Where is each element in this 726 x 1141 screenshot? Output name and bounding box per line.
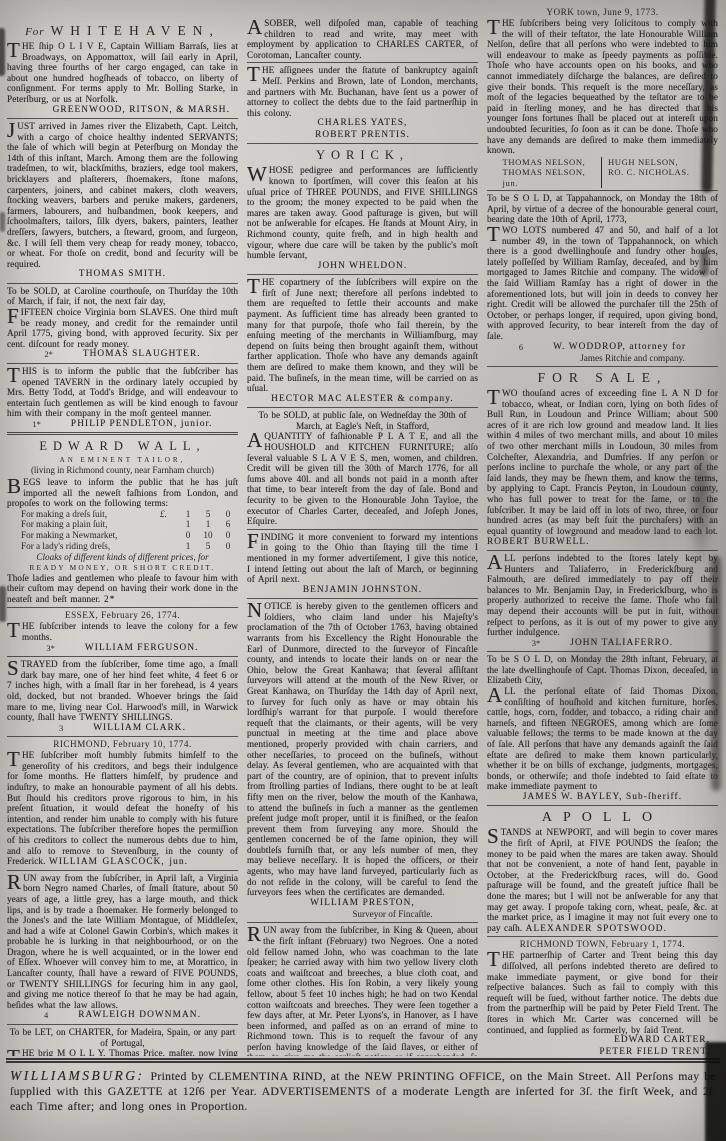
signature: CHARLES YATES, bbox=[318, 118, 408, 130]
signature-prefix: 2* bbox=[104, 595, 116, 605]
ad-heading: YORICK, bbox=[247, 146, 478, 164]
ad-glascock: RICHMOND, February 10, 1774. THE ſubſcri… bbox=[7, 736, 238, 870]
body-text: HE ſubſcriber intends to leave the colon… bbox=[22, 621, 238, 642]
body-text: UST arrived in James river the Elizabeth… bbox=[7, 121, 238, 269]
drop-cap: S bbox=[7, 659, 21, 677]
heading-title: EDWARD WALL, bbox=[39, 439, 205, 453]
ad-body: THE ſubſcriber intends to leave the colo… bbox=[7, 621, 238, 642]
drop-cap: T bbox=[7, 1048, 22, 1056]
signature-line: WILLIAM PRESTON, bbox=[247, 898, 478, 910]
ad-runaway-charles: RUN away from the ſubſcriber, in April l… bbox=[7, 870, 238, 1024]
body-text: HE partnerſhip of Carter and Trent being… bbox=[487, 950, 718, 1034]
signature-prefix: 3* bbox=[532, 638, 541, 650]
signature-prefix: 3 bbox=[59, 723, 63, 735]
signature: EDWARD CARTER, bbox=[614, 1035, 710, 1047]
price-d: 6 bbox=[218, 519, 238, 530]
price-row: For making a plain ſuit,116 bbox=[21, 519, 238, 530]
signature-line: CHARLES YATES, bbox=[247, 118, 478, 130]
ad-runaway-negroes: RUN away from the ſubſcriber, in King & … bbox=[247, 922, 478, 1056]
price-row: For making a dreſs ſuit,£.150 bbox=[21, 509, 238, 520]
price-item: For a lady's riding dreſs, bbox=[21, 541, 160, 552]
ad-sober-man: ASOBER, well diſpoſed man, capable of te… bbox=[247, 16, 478, 62]
body-text: HOSE pedigree and performances are ſuffi… bbox=[247, 165, 478, 260]
pound-sign bbox=[160, 519, 178, 530]
drop-cap: R bbox=[247, 925, 263, 943]
ad-body: ALL perſons indebted to the ſtores latel… bbox=[487, 553, 718, 638]
body-text: QUANTITY of faſhionable P L A T E, and a… bbox=[247, 431, 478, 526]
ad-lede: To be SOLD, at public ſale, on Wedneſday… bbox=[247, 410, 478, 431]
ad-eagles-nest-sale: To be SOLD, at public ſale, on Wedneſday… bbox=[247, 407, 478, 529]
signature: BENJAMIN JOHNSTON. bbox=[303, 585, 422, 597]
ad-body: WHOSE pedigree and performances are ſuff… bbox=[247, 165, 478, 260]
column-left: ForWHITEHAVEN, THE ſhip O L I V E, Capta… bbox=[7, 0, 238, 1056]
price-item: For making a Newmarket, bbox=[21, 530, 160, 541]
drop-cap: T bbox=[7, 750, 22, 768]
price-item: For making a dreſs ſuit, bbox=[21, 509, 160, 520]
heading-title: FOR SALE, bbox=[538, 370, 668, 385]
ad-lede: To be LET, on CHARTER, for Madeira, Spai… bbox=[7, 1027, 238, 1048]
ad-heading: EDWARD WALL, bbox=[7, 437, 238, 455]
ad-body: BEGS leave to inform the public that he … bbox=[7, 477, 238, 509]
columns: ForWHITEHAVEN, THE ſhip O L I V E, Capta… bbox=[0, 0, 726, 1056]
price-d: 0 bbox=[218, 509, 238, 520]
ad-yorick: YORICK, WHOSE pedigree and performances … bbox=[247, 143, 478, 274]
column-middle: ASOBER, well diſpoſed man, capable of te… bbox=[247, 0, 478, 1056]
signature-block: THOMAS NELSON, THOMAS NELSON, jun. HUGH … bbox=[503, 157, 703, 189]
signature: HUGH NELSON, bbox=[608, 157, 703, 168]
signature-line: 4RAWLEIGH DOWNMAN. bbox=[7, 1010, 238, 1022]
signature: WILLIAM PRESTON, bbox=[310, 898, 415, 910]
price-s: 5 bbox=[198, 541, 218, 552]
price-d: 0 bbox=[218, 530, 238, 541]
ad-body: STANDS at NEWPORT, and will begin to cov… bbox=[487, 827, 718, 934]
signature: PETER FIELD TRENT. bbox=[599, 1047, 710, 1056]
ad-body: TWO thouſand acres of exceeding fine L A… bbox=[487, 388, 718, 548]
ad-carter-trent: RICHMOND TOWN, February 1, 1774. THE par… bbox=[487, 936, 718, 1056]
body-text: Thoſe ladies and gentlemen who pleaſe to… bbox=[7, 573, 238, 604]
signature-line: 1*PHILIP PENDLETON, junior. bbox=[7, 419, 238, 431]
ad-dixon-estate: To be S O L D, on Monday the 28th inſtan… bbox=[487, 651, 718, 805]
ad-indented-servants: JUST arrived in James river the Elizabet… bbox=[7, 118, 238, 283]
signature-prefix: 1* bbox=[32, 419, 41, 431]
price-s: 5 bbox=[198, 509, 218, 520]
signature-line: PETER FIELD TRENT. bbox=[487, 1047, 718, 1056]
signature-line: BENJAMIN JOHNSTON. bbox=[247, 585, 478, 597]
ad-body: THE brig M O L L Y, Thomas Price, maſter… bbox=[7, 1048, 238, 1056]
body-text: WO thouſand acres of exceeding fine L A … bbox=[487, 388, 718, 536]
body-text: HIS is to inform the public that the ſub… bbox=[7, 366, 238, 418]
pound-sign bbox=[160, 530, 178, 541]
signature-line: EDWARD CARTER, bbox=[487, 1035, 718, 1047]
signature: GREENWOOD, RITSON, & MARSH. bbox=[53, 105, 230, 117]
ad-tappahannock-lots: To be S O L D, at Tappahannock, on Monda… bbox=[487, 190, 718, 366]
ad-body: THE ſhip O L I V E, Captain William Barr… bbox=[7, 41, 238, 105]
ad-subheading: AN EMINENT TAILOR, bbox=[7, 456, 238, 464]
body-text: TANDS at NEWPORT, and will begin to cove… bbox=[487, 827, 718, 932]
signature: RAWLEIGH DOWNMAN. bbox=[78, 1010, 201, 1022]
signature: WILLIAM FERGUSON. bbox=[85, 643, 199, 655]
signature-line: 3*JOHN TALIAFERRO. bbox=[487, 638, 718, 650]
signature: WILLIAM GLASCOCK, jun. bbox=[49, 857, 188, 867]
ad-body: ASOBER, well diſpoſed man, capable of te… bbox=[247, 18, 478, 60]
ad-body: THIS is to inform the public that the ſu… bbox=[7, 366, 238, 419]
cloaks-note: Cloaks of different kinds of different p… bbox=[7, 552, 238, 563]
drop-cap: A bbox=[247, 18, 264, 36]
ad-heading: APOLLO bbox=[487, 808, 718, 826]
body-text: SOBER, well diſpoſed man, capable of tea… bbox=[247, 18, 478, 60]
body-text: HE ſubſcribers being very ſolicitous to … bbox=[487, 18, 718, 155]
ad-copartnery: THE copartnery of the ſubſcribers will e… bbox=[247, 274, 478, 407]
ad-edward-wall: EDWARD WALL, AN EMINENT TAILOR, (living … bbox=[7, 432, 238, 607]
ad-body: THE aſſignees under the ſtatute of bankr… bbox=[247, 65, 478, 118]
drop-cap: T bbox=[247, 277, 262, 295]
body-text: OTICE is hereby given to the gentlemen o… bbox=[247, 601, 478, 897]
drop-cap: T bbox=[7, 621, 22, 639]
ad-body: TWO LOTS numbered 47 and 50, and half of… bbox=[487, 225, 718, 342]
signature-line: JAMES W. BAYLEY, Sub-ſheriff. bbox=[487, 792, 718, 804]
price-l: 1 bbox=[178, 541, 198, 552]
ad-strayed-mare: STRAYED from the ſubſcriber, ſome time a… bbox=[7, 656, 238, 736]
ad-body: THE copartnery of the ſubſcribers will e… bbox=[247, 277, 478, 394]
ad-johnston-ohio: FINDING it more convenient to forward my… bbox=[247, 529, 478, 598]
drop-cap: T bbox=[7, 366, 22, 384]
body-text: HE ſubſcriber moſt humbly ſubmits himſel… bbox=[7, 750, 238, 866]
body-text: UN away from the ſubſcriber, in King & Q… bbox=[247, 925, 478, 1056]
price-s: 10 bbox=[198, 530, 218, 541]
signature: THOMAS SMITH. bbox=[79, 269, 166, 281]
ad-body: AQUANTITY of faſhionable P L A T E, and … bbox=[247, 431, 478, 526]
drop-cap: T bbox=[247, 65, 262, 83]
drop-cap: J bbox=[7, 121, 17, 139]
drop-cap: F bbox=[7, 307, 21, 325]
ad-lede: To be SOLD, at Caroline courthouſe, on T… bbox=[7, 286, 238, 307]
body-text: LL the perſonal eſtate of ſaid Thomas Di… bbox=[487, 686, 718, 791]
signature: JOHN TALIAFERRO. bbox=[570, 638, 673, 650]
drop-cap: T bbox=[487, 18, 502, 36]
signature-prefix: 3* bbox=[46, 643, 55, 655]
signature-column-right: HUGH NELSON, RO. C. NICHOLAS. bbox=[602, 157, 703, 189]
price-l: 1 bbox=[178, 519, 198, 530]
heading-prefix: For bbox=[25, 26, 45, 38]
drop-cap: T bbox=[487, 388, 502, 406]
price-row: For making a Newmarket,0100 bbox=[21, 530, 238, 541]
ad-heading: ForWHITEHAVEN, bbox=[7, 22, 238, 40]
signature: JAMES W. BAYLEY, Sub-ſheriff. bbox=[523, 792, 682, 804]
ad-body: FINDING it more convenient to forward my… bbox=[247, 532, 478, 585]
ad-fincastle-survey: NOTICE is hereby given to the gentlemen … bbox=[247, 598, 478, 922]
signature-line: ROBERT PRENTIS. bbox=[247, 130, 478, 142]
ad-slaves-caroline: To be SOLD, at Caroline courthouſe, on T… bbox=[7, 283, 238, 363]
signature-prefix: 2* bbox=[44, 349, 53, 361]
body-text: HE aſſignees under the ſtatute of bankru… bbox=[247, 65, 478, 117]
drop-cap: S bbox=[487, 827, 501, 845]
newspaper-page: ForWHITEHAVEN, THE ſhip O L I V E, Capta… bbox=[0, 0, 726, 1141]
colophon: WILLIAMSBURG:Printed by CLEMENTINA RIND,… bbox=[6, 1058, 720, 1114]
signature: ALEXANDER SPOTSWOOD. bbox=[526, 924, 667, 934]
drop-cap: T bbox=[487, 950, 502, 968]
ad-body: RUN away from the ſubſcriber, in King & … bbox=[247, 925, 478, 1056]
ad-brig-molly: To be LET, on CHARTER, for Madeira, Spai… bbox=[7, 1024, 238, 1056]
terms-note: READY MONEY, OR SHORT CREDIT. bbox=[7, 563, 238, 573]
drop-cap: A bbox=[247, 431, 264, 449]
heading-title: YORICK, bbox=[316, 148, 409, 162]
body-text: TRAYED from the ſubſcriber, ſome time ag… bbox=[7, 659, 238, 722]
ad-lede: To be S O L D, at Tappahannock, on Monda… bbox=[487, 193, 718, 225]
body-text: HE brig M O L L Y, Thomas Price, maſter,… bbox=[7, 1048, 238, 1056]
body-text: INDING it more convenient to forward my … bbox=[247, 532, 478, 584]
signature-line: 3WILLIAM CLARK. bbox=[7, 723, 238, 735]
signature: WILLIAM CLARK. bbox=[93, 723, 186, 735]
signature: JOHN WHELDON. bbox=[318, 261, 408, 273]
body-text: IFTEEN choice Virginia born SLAVES. One … bbox=[7, 307, 238, 349]
heading-title: WHITEHAVEN, bbox=[51, 23, 220, 38]
ad-body-2: Thoſe ladies and gentlemen who pleaſe to… bbox=[7, 573, 238, 606]
ad-lede: To be S O L D, on Monday the 28th inſtan… bbox=[487, 654, 718, 686]
ad-body: NOTICE is hereby given to the gentlemen … bbox=[247, 601, 478, 898]
signature: ROBERT PRENTIS. bbox=[315, 130, 410, 142]
signature-role: James Ritchie and company. bbox=[487, 353, 718, 364]
signature-line: GREENWOOD, RITSON, & MARSH. bbox=[7, 105, 238, 117]
price-row: For a lady's riding dreſs,150 bbox=[21, 541, 238, 552]
drop-cap: T bbox=[7, 41, 22, 59]
price-s: 1 bbox=[198, 519, 218, 530]
dateline: RICHMOND, February 10, 1774. bbox=[7, 739, 238, 750]
price-l: 1 bbox=[178, 509, 198, 520]
drop-cap: W bbox=[247, 165, 269, 183]
signature: HECTOR MAC ALESTER & company. bbox=[271, 394, 454, 406]
body-text: HE copartnery of the ſubſcribers will ex… bbox=[247, 277, 478, 393]
price-item: For making a plain ſuit, bbox=[21, 519, 160, 530]
drop-cap: T bbox=[487, 225, 502, 243]
signature-line: THOMAS SMITH. bbox=[7, 269, 238, 281]
signature-prefix: 6 bbox=[519, 342, 523, 354]
dateline: YORK town, June 9, 1773. bbox=[487, 7, 718, 18]
ad-body: RUN away from the ſubſcriber, in April l… bbox=[7, 873, 238, 1011]
ad-bankruptcy: THE aſſignees under the ſtatute of bankr… bbox=[247, 62, 478, 143]
body-text: WO LOTS numbered 47 and 50, and half of … bbox=[487, 225, 718, 341]
signature: RO. C. NICHOLAS. bbox=[608, 167, 703, 178]
body-text: UN away from the ſubſcriber, in April la… bbox=[7, 873, 238, 1010]
drop-cap: R bbox=[7, 873, 23, 891]
ad-ferguson: ESSEX, February 26, 1774. THE ſubſcriber… bbox=[7, 607, 238, 656]
signature: PHILIP PENDLETON, junior. bbox=[71, 419, 213, 431]
signature: ROBERT BURWELL. bbox=[487, 537, 590, 547]
ad-body: STRAYED from the ſubſcriber, ſome time a… bbox=[7, 659, 238, 723]
column-right: YORK town, June 9, 1773. THE ſubſcribers… bbox=[487, 0, 718, 1056]
heading-title: APOLLO bbox=[542, 810, 663, 825]
ad-whitehaven: ForWHITEHAVEN, THE ſhip O L I V E, Capta… bbox=[7, 20, 238, 118]
price-table: For making a dreſs ſuit,£.150 For making… bbox=[21, 509, 238, 552]
ad-heading: FOR SALE, bbox=[487, 369, 718, 387]
price-l: 0 bbox=[178, 530, 198, 541]
signature-line: 3*WILLIAM FERGUSON. bbox=[7, 643, 238, 655]
signature-line: JOHN WHELDON. bbox=[247, 261, 478, 273]
drop-cap: B bbox=[7, 477, 23, 495]
signature-column-left: THOMAS NELSON, THOMAS NELSON, jun. bbox=[503, 157, 603, 189]
ad-body: ALL the perſonal eſtate of ſaid Thomas D… bbox=[487, 686, 718, 792]
ad-body: THE partnerſhip of Carter and Trent bein… bbox=[487, 950, 718, 1035]
signature-line: 2*THOMAS SLAUGHTER. bbox=[7, 349, 238, 361]
ad-bull-run-land: FOR SALE, TWO thouſand acres of exceedin… bbox=[487, 366, 718, 550]
signature: W. WODDROP, attorney for bbox=[553, 342, 686, 354]
dateline: RICHMOND TOWN, February 1, 1774. bbox=[487, 939, 718, 950]
body-text: HE ſhip O L I V E, Captain William Barra… bbox=[7, 41, 238, 104]
pound-sign: £. bbox=[160, 509, 178, 520]
ad-body: JUST arrived in James river the Elizabet… bbox=[7, 121, 238, 269]
dateline: ESSEX, February 26, 1774. bbox=[7, 610, 238, 621]
drop-cap: A bbox=[487, 553, 504, 571]
ad-body: FIFTEEN choice Virginia born SLAVES. One… bbox=[7, 307, 238, 349]
signature: THOMAS SLAUGHTER. bbox=[83, 349, 201, 361]
signature-role: Surveyor of Fincaſtle. bbox=[247, 909, 478, 920]
signature-prefix: 4 bbox=[44, 1010, 48, 1022]
drop-cap: A bbox=[487, 686, 504, 704]
ad-apollo: APOLLO STANDS at NEWPORT, and will begin… bbox=[487, 805, 718, 936]
ad-parenthetical: (living in Richmond county, near Farnham… bbox=[7, 465, 238, 476]
body-text: LL perſons indebted to the ſtores lately… bbox=[487, 553, 718, 637]
colophon-city: WILLIAMSBURG: bbox=[10, 1068, 144, 1083]
ad-tavern: THIS is to inform the public that the ſu… bbox=[7, 363, 238, 432]
drop-cap: N bbox=[247, 601, 264, 619]
body-text: EGS leave to inform the public that he h… bbox=[7, 477, 238, 508]
signature: THOMAS NELSON, bbox=[503, 157, 598, 168]
signature: THOMAS NELSON, jun. bbox=[503, 167, 598, 188]
ad-body: THE ſubſcriber moſt humbly ſubmits himſe… bbox=[7, 750, 238, 868]
drop-cap: F bbox=[247, 532, 261, 550]
ad-taliaferro: ALL perſons indebted to the ſtores latel… bbox=[487, 550, 718, 651]
ad-body: THE ſubſcribers being very ſolicitous to… bbox=[487, 18, 718, 156]
signature-line: HECTOR MAC ALESTER & company. bbox=[247, 394, 478, 406]
price-d: 0 bbox=[218, 541, 238, 552]
ad-nelson-estate: YORK town, June 9, 1773. THE ſubſcribers… bbox=[487, 5, 718, 190]
signature-line: 6W. WODDROP, attorney for bbox=[487, 342, 718, 354]
pound-sign bbox=[160, 541, 178, 552]
